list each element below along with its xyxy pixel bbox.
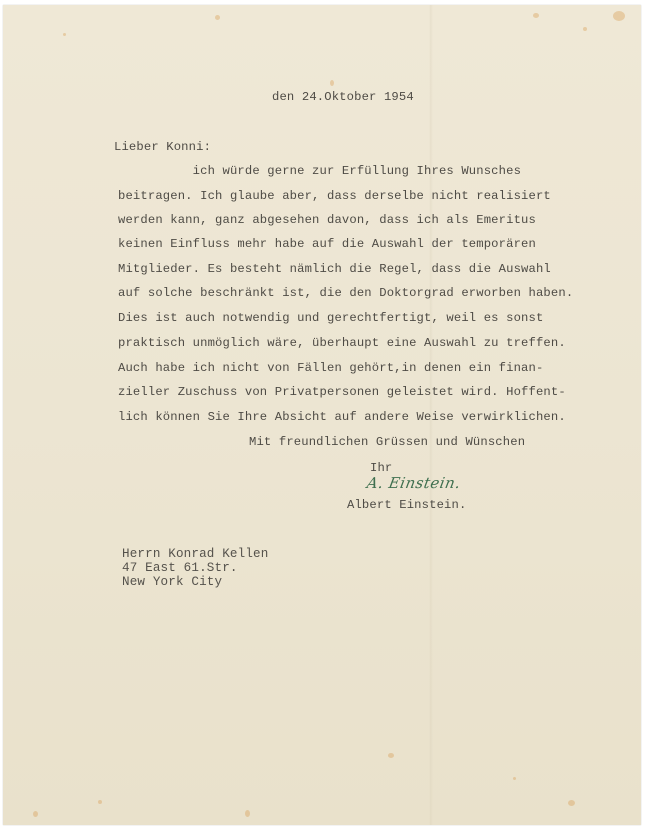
foxing-spot xyxy=(568,800,575,806)
foxing-spot xyxy=(215,15,220,20)
foxing-spot xyxy=(330,80,334,86)
closing-phrase: Mit freundlichen Grüssen und Wünschen xyxy=(249,435,525,449)
recipient-city: New York City xyxy=(122,575,222,589)
foxing-spot xyxy=(613,11,625,21)
body-line: praktisch unmöglich wäre, überhaupt eine… xyxy=(118,336,566,350)
letter-date: den 24.Oktober 1954 xyxy=(272,90,414,104)
typed-signature-name: Albert Einstein. xyxy=(347,498,466,512)
foxing-spot xyxy=(33,811,38,817)
recipient-name: Herrn Konrad Kellen xyxy=(122,547,268,561)
foxing-spot xyxy=(513,777,516,780)
body-line: beitragen. Ich glaube aber, dass derselb… xyxy=(118,189,551,203)
body-line: Auch habe ich nicht von Fällen gehört,in… xyxy=(118,361,543,375)
foxing-spot xyxy=(98,800,102,804)
body-line: Mitglieder. Es besteht nämlich die Regel… xyxy=(118,262,551,276)
closing-word: Ihr xyxy=(370,461,392,475)
body-line: keinen Einfluss mehr habe auf die Auswah… xyxy=(118,237,536,251)
foxing-spot xyxy=(245,810,250,817)
body-line: auf solche beschränkt ist, die den Dokto… xyxy=(118,286,573,300)
foxing-spot xyxy=(533,13,539,18)
salutation: Lieber Konni: xyxy=(114,140,211,154)
body-line: zieller Zuschuss von Privatpersonen gele… xyxy=(118,385,566,399)
foxing-spot xyxy=(583,27,587,31)
foxing-spot xyxy=(63,33,66,36)
body-line: Dies ist auch notwendig und gerechtferti… xyxy=(118,311,543,325)
body-line: werden kann, ganz abgesehen davon, dass … xyxy=(118,213,536,227)
recipient-street: 47 East 61.Str. xyxy=(122,561,238,575)
handwritten-signature: A. Einstein. xyxy=(365,474,462,492)
body-line: ich würde gerne zur Erfüllung Ihres Wuns… xyxy=(118,164,521,178)
foxing-spot xyxy=(388,753,394,758)
body-line: lich können Sie Ihre Absicht auf andere … xyxy=(118,410,566,424)
